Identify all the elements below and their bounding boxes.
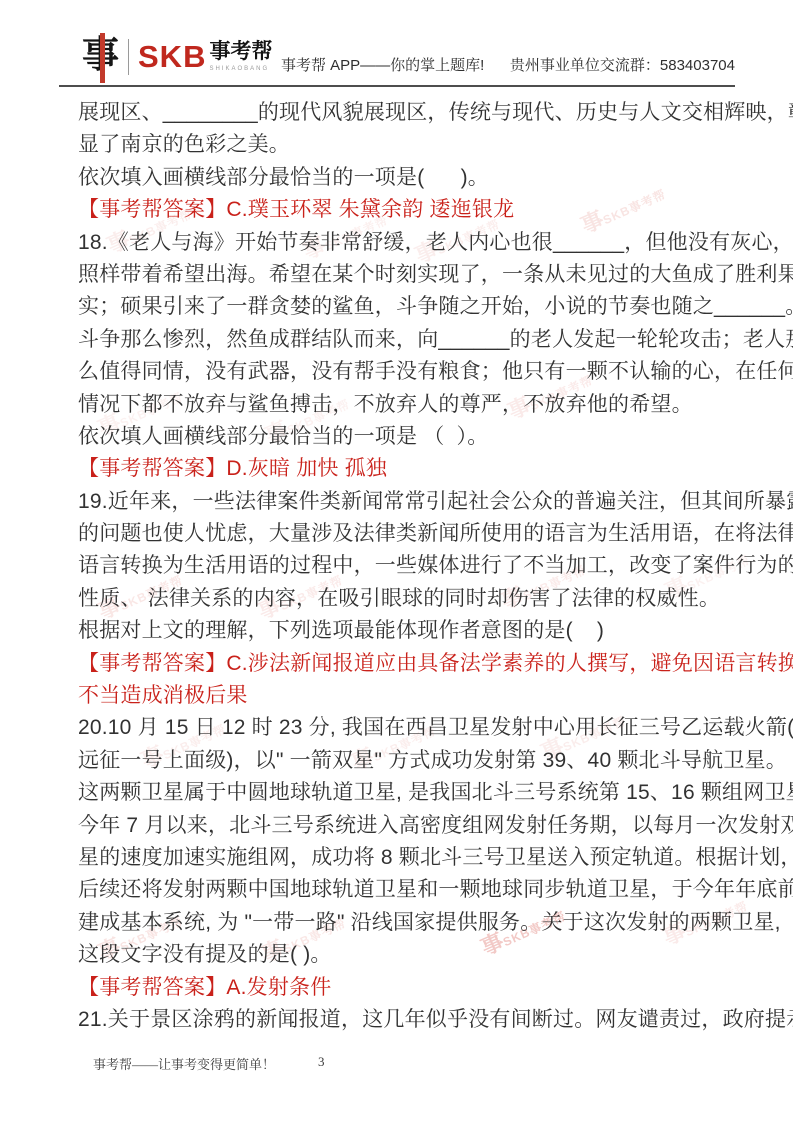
- question-line: 21.关于景区涂鸦的新闻报道，这几年似乎没有间断过。网友谴责过，政府提示: [78, 1004, 730, 1036]
- question-line: 斗争那么惨烈，然鱼成群结队而来，向______的老人发起一轮轮攻击；老人那: [78, 324, 730, 356]
- answer-line: 【事考帮答案】A.发射条件: [78, 972, 730, 1004]
- question-line: 建成基本系统, 为 "一带一路" 沿线国家提供服务。关于这次发射的两颗卫星,: [78, 907, 730, 939]
- header-group-number: 贵州事业单位交流群：583403704: [510, 54, 735, 75]
- question-line: 展现区、________的现代风貌展现区，传统与现代、历史与人文交相辉映，彰: [78, 97, 730, 129]
- logo-divider: [128, 39, 129, 75]
- logo-cn-text: 事考帮: [209, 41, 272, 63]
- answer-line: 【事考帮答案】C.涉法新闻报道应由具备法学素养的人撰写，避免因语言转换: [78, 648, 730, 680]
- logo-shi-icon: 事: [82, 36, 121, 77]
- question-line: 远征一号上面级)，以" 一箭双星" 方式成功发射第 39、40 颗北斗导航卫星。: [78, 745, 730, 777]
- document-page: 事 SKB 事考帮 SHIKAOBANG 事考帮 APP——你的掌上题库! 贵州…: [0, 0, 793, 1122]
- question-line: 么值得同情，没有武器，没有帮手没有粮食；他只有一颗不认输的心，在任何: [78, 356, 730, 388]
- question-line: 显了南京的色彩之美。: [78, 129, 730, 161]
- footer-slogan: 事考帮——让事考变得更简单！: [93, 1054, 275, 1073]
- question-line: 的问题也使人忧虑，大量涉及法律类新闻所使用的语言为生活用语，在将法律: [78, 518, 730, 550]
- question-line: 后续还将发射两颗中国地球轨道卫星和一颗地球同步轨道卫星，于今年年底前: [78, 874, 730, 906]
- question-line: 18.《老人与海》开始节奏非常舒缓，老人内心也很______，但他没有灰心，: [78, 227, 730, 259]
- header-rule: [59, 85, 735, 87]
- question-line: 照样带着希望出海。希望在某个时刻实现了，一条从未见过的大鱼成了胜利果: [78, 259, 730, 291]
- question-line: 实；硕果引来了一群贪婪的鲨鱼，斗争随之开始，小说的节奏也随之______。: [78, 291, 730, 323]
- answer-line: 【事考帮答案】D.灰暗 加快 孤独: [78, 453, 730, 485]
- answer-line: 不当造成消极后果: [78, 680, 730, 712]
- header-tagline: 事考帮 APP——你的掌上题库!: [281, 54, 484, 75]
- question-line: 星的速度加速实施组网，成功将 8 颗北斗三号卫星送入预定轨道。根据计划，: [78, 842, 730, 874]
- question-line: 情况下都不放弃与鲨鱼搏击，不放弃人的尊严，不放弃他的希望。: [78, 389, 730, 421]
- skb-logo: 事 SKB 事考帮 SHIKAOBANG: [82, 36, 272, 77]
- question-line: 依次填入画横线部分最恰当的一项是( )。: [78, 162, 730, 194]
- question-line: 语言转换为生活用语的过程中，一些媒体进行了不当加工，改变了案件行为的: [78, 550, 730, 582]
- logo-skb-text: SKB: [138, 41, 206, 72]
- question-line: 20.10 月 15 日 12 时 23 分, 我国在西昌卫星发射中心用长征三号…: [78, 712, 730, 744]
- question-line: 19.近年来，一些法律案件类新闻常常引起社会公众的普遍关注，但其间所暴露: [78, 486, 730, 518]
- document-body: 展现区、________的现代风貌展现区，传统与现代、历史与人文交相辉映，彰显了…: [78, 97, 730, 1036]
- question-line: 这两颗卫星属于中圆地球轨道卫星, 是我国北斗三号系统第 15、16 颗组网卫星。: [78, 777, 730, 809]
- answer-line: 【事考帮答案】C.璞玉环翠 朱黛余韵 逶迤银龙: [78, 194, 730, 226]
- logo-red-stroke-icon: [100, 33, 105, 83]
- question-line: 依次填人画横线部分最恰当的一项是 （ ）。: [78, 421, 730, 453]
- footer-page-number: 3: [318, 1054, 325, 1070]
- logo-subtext: SHIKAOBANG: [209, 66, 272, 72]
- question-line: 性质、 法律关系的内容，在吸引眼球的同时却伤害了法律的权威性。: [78, 583, 730, 615]
- question-line: 这段文字没有提及的是( )。: [78, 939, 730, 971]
- question-line: 今年 7 月以来，北斗三号系统进入高密度组网发射任务期，以每月一次发射双: [78, 810, 730, 842]
- question-line: 根据对上文的理解，下列选项最能体现作者意图的是( ): [78, 615, 730, 647]
